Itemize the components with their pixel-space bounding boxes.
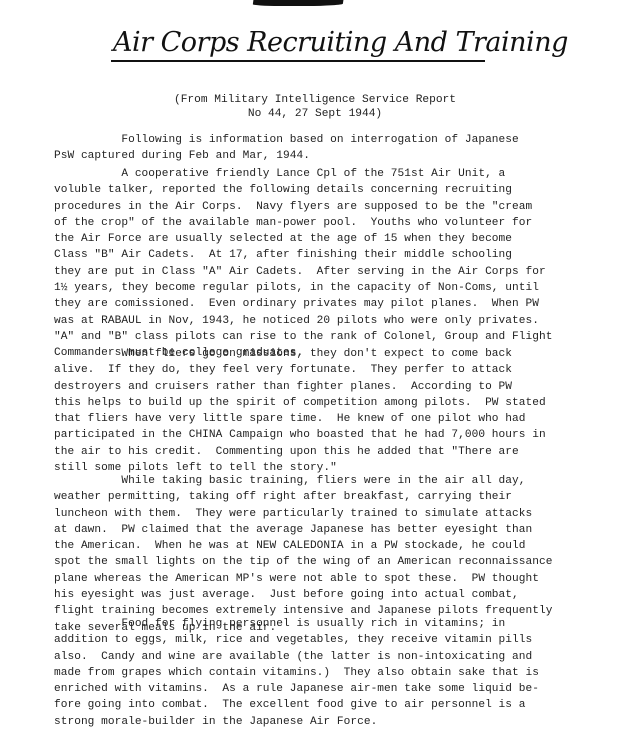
text-line: the Air Force are usually selected at th…	[54, 231, 614, 247]
text-line: participated in the CHINA Campaign who b…	[54, 427, 614, 443]
text-line: of the crop" of the available man-power …	[54, 215, 614, 231]
paragraph-missions: When fliers go on missions, they don't e…	[54, 346, 614, 476]
text-line: enriched with vitamins. As a rule Japane…	[54, 681, 614, 697]
title-underline	[111, 60, 485, 62]
source-line: (From Military Intelligence Service Repo…	[0, 93, 630, 107]
text-line: made from grapes which contain vitamins.…	[54, 665, 614, 681]
text-line: the air to his credit. Commenting upon t…	[54, 444, 614, 460]
paragraph-recruiting: A cooperative friendly Lance Cpl of the …	[54, 166, 614, 362]
text-line: Food for flying personnel is usually ric…	[54, 616, 614, 632]
text-line: was at RABAUL in Nov, 1943, he noticed 2…	[54, 313, 614, 329]
text-line: this helps to build up the spirit of com…	[54, 395, 614, 411]
text-line: procedures in the Air Corps. Navy flyers…	[54, 199, 614, 215]
text-line: alive. If they do, they feel very fortun…	[54, 362, 614, 378]
text-line: the American. When he was at NEW CALEDON…	[54, 538, 614, 554]
text-line: weather permitting, taking off right aft…	[54, 489, 614, 505]
text-line: strong morale-builder in the Japanese Ai…	[54, 714, 614, 730]
paragraph-food: Food for flying personnel is usually ric…	[54, 616, 614, 730]
text-line: they are comissioned. Even ordinary priv…	[54, 296, 614, 312]
text-line: plane whereas the American MP's were not…	[54, 571, 614, 587]
text-line: at dawn. PW claimed that the average Jap…	[54, 522, 614, 538]
text-line: destroyers and cruisers rather than figh…	[54, 379, 614, 395]
text-line: Class "B" Air Cadets. At 17, after finis…	[54, 247, 614, 263]
text-line: also. Candy and wine are available (the …	[54, 649, 614, 665]
text-line: While taking basic training, fliers were…	[54, 473, 614, 489]
text-line: fore going into combat. The excellent fo…	[54, 697, 614, 713]
text-line: that fliers have very little spare time.…	[54, 411, 614, 427]
text-line: "A" and "B" class pilots can rise to the…	[54, 329, 614, 345]
text-line: addition to eggs, milk, rice and vegetab…	[54, 632, 614, 648]
source-citation: (From Military Intelligence Service Repo…	[0, 93, 630, 121]
text-line: 1½ years, they become regular pilots, in…	[54, 280, 614, 296]
ink-smudge	[253, 0, 344, 6]
text-line: his eyesight was just average. Just befo…	[54, 587, 614, 603]
text-line: spot the small lights on the tip of the …	[54, 554, 614, 570]
text-line: When fliers go on missions, they don't e…	[54, 346, 614, 362]
text-line: Following is information based on interr…	[54, 132, 614, 148]
text-line: luncheon with them. They were particular…	[54, 506, 614, 522]
text-line: PsW captured during Feb and Mar, 1944.	[54, 148, 614, 164]
text-line: they are put in Class "A" Air Cadets. Af…	[54, 264, 614, 280]
handwritten-title: Air Corps Recruiting And Training	[113, 26, 483, 60]
text-line: A cooperative friendly Lance Cpl of the …	[54, 166, 614, 182]
text-line: voluble talker, reported the following d…	[54, 182, 614, 198]
source-line: No 44, 27 Sept 1944)	[0, 107, 630, 121]
paragraph-training: While taking basic training, fliers were…	[54, 473, 614, 636]
paragraph-intro: Following is information based on interr…	[54, 132, 614, 165]
